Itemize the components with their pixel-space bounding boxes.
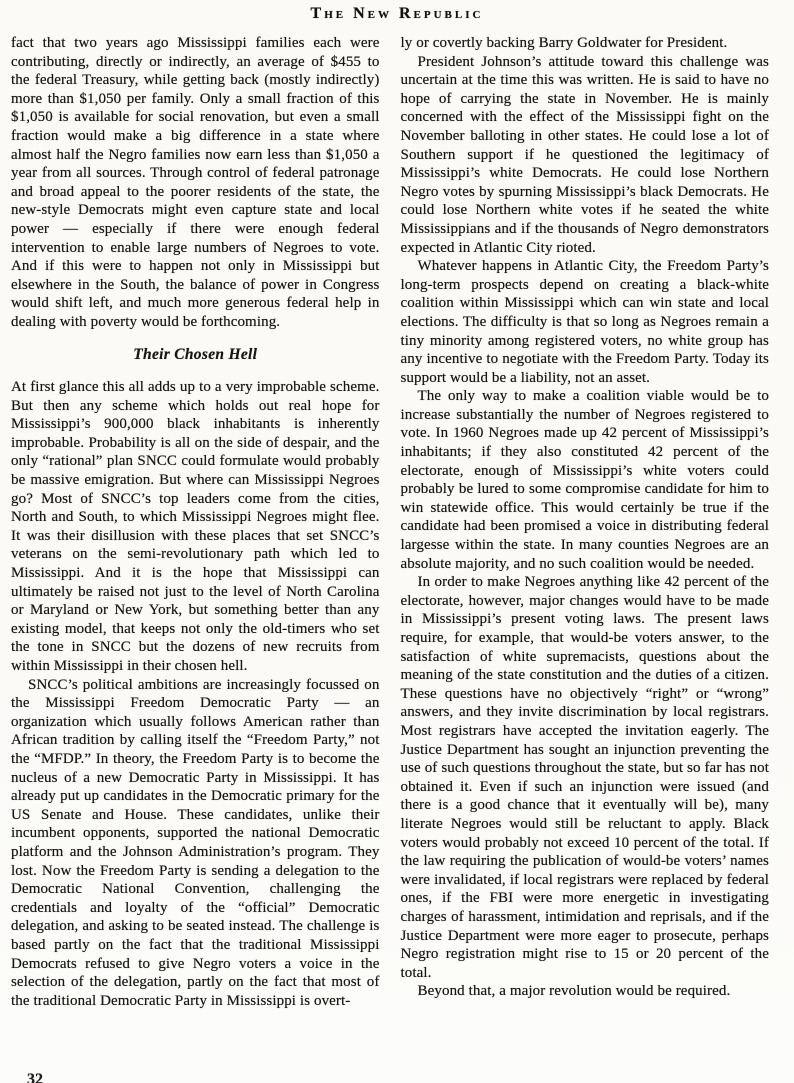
section-heading: Their Chosen Hell [11, 346, 380, 365]
paragraph: In order to make Negroes anything like 4… [401, 573, 770, 982]
masthead-title: The New Republic [0, 0, 794, 23]
paragraph: At first glance this all adds up to a ve… [11, 378, 380, 676]
right-column: ly or covertly backing Barry Goldwater f… [401, 34, 770, 1010]
paragraph: The only way to make a coalition viable … [401, 387, 770, 573]
paragraph: SNCC’s political ambitions are increasin… [11, 676, 380, 1011]
paragraph: President Johnson’s attitude toward this… [401, 53, 770, 258]
magazine-page: The New Republic fact that two years ago… [0, 0, 794, 1083]
paragraph: Whatever happens in Atlantic City, the F… [401, 257, 770, 387]
paragraph-continuation: ly or covertly backing Barry Goldwater f… [401, 34, 770, 53]
left-column: fact that two years ago Mississippi fami… [11, 34, 380, 1010]
page-number: 32 [27, 1071, 43, 1083]
article-body: fact that two years ago Mississippi fami… [0, 23, 794, 1010]
paragraph-continuation: fact that two years ago Mississippi fami… [11, 34, 380, 332]
paragraph: Beyond that, a major revolution would be… [401, 982, 770, 1001]
